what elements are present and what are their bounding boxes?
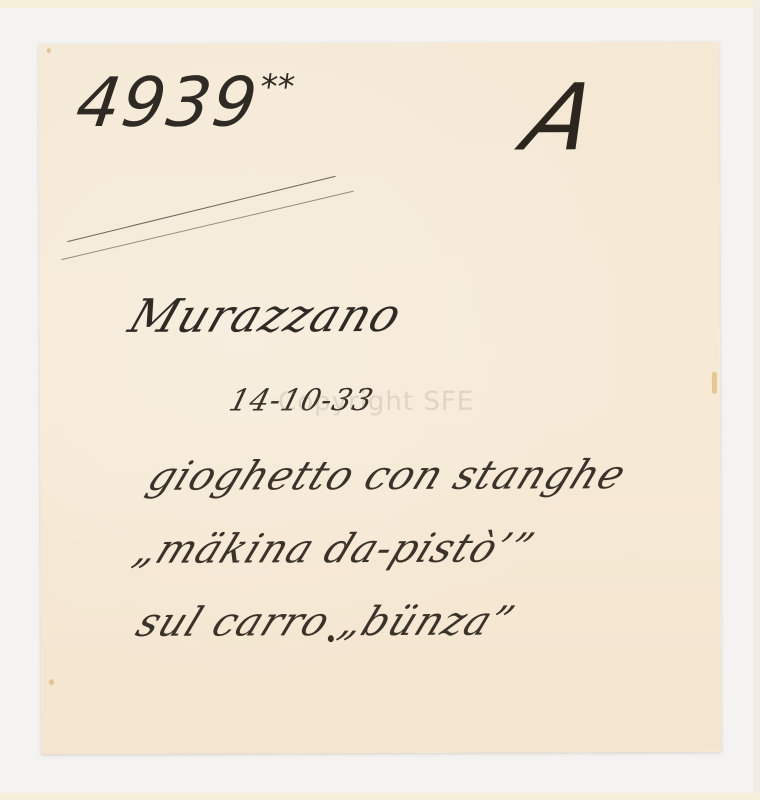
description-line: sul carro „bünza”	[130, 599, 522, 646]
series-letter: A	[512, 64, 610, 171]
archival-card: 4939** A Murazzano 14-10-33 Copyright SF…	[39, 42, 721, 754]
ink-spot	[328, 635, 334, 642]
mount-bottom-strip	[0, 793, 760, 800]
foxing-stain	[47, 48, 51, 53]
place-name: Murazzano	[122, 288, 410, 343]
pencil-underline	[67, 176, 335, 242]
description-line: „mäkina da-pistò’”	[127, 525, 541, 572]
description-line: gioghetto con stanghe	[141, 452, 633, 500]
pencil-underline-secondary	[61, 191, 353, 260]
foxing-stain	[49, 679, 54, 685]
mount-right-edge	[753, 0, 760, 800]
catalog-number: 4939**	[72, 63, 298, 143]
catalog-number-suffix: **	[257, 67, 296, 107]
foxing-stain	[712, 372, 717, 394]
copyright-watermark: Copyright SFE	[278, 387, 474, 418]
catalog-number-value: 4939	[72, 63, 264, 143]
mount-top-strip	[0, 0, 760, 8]
